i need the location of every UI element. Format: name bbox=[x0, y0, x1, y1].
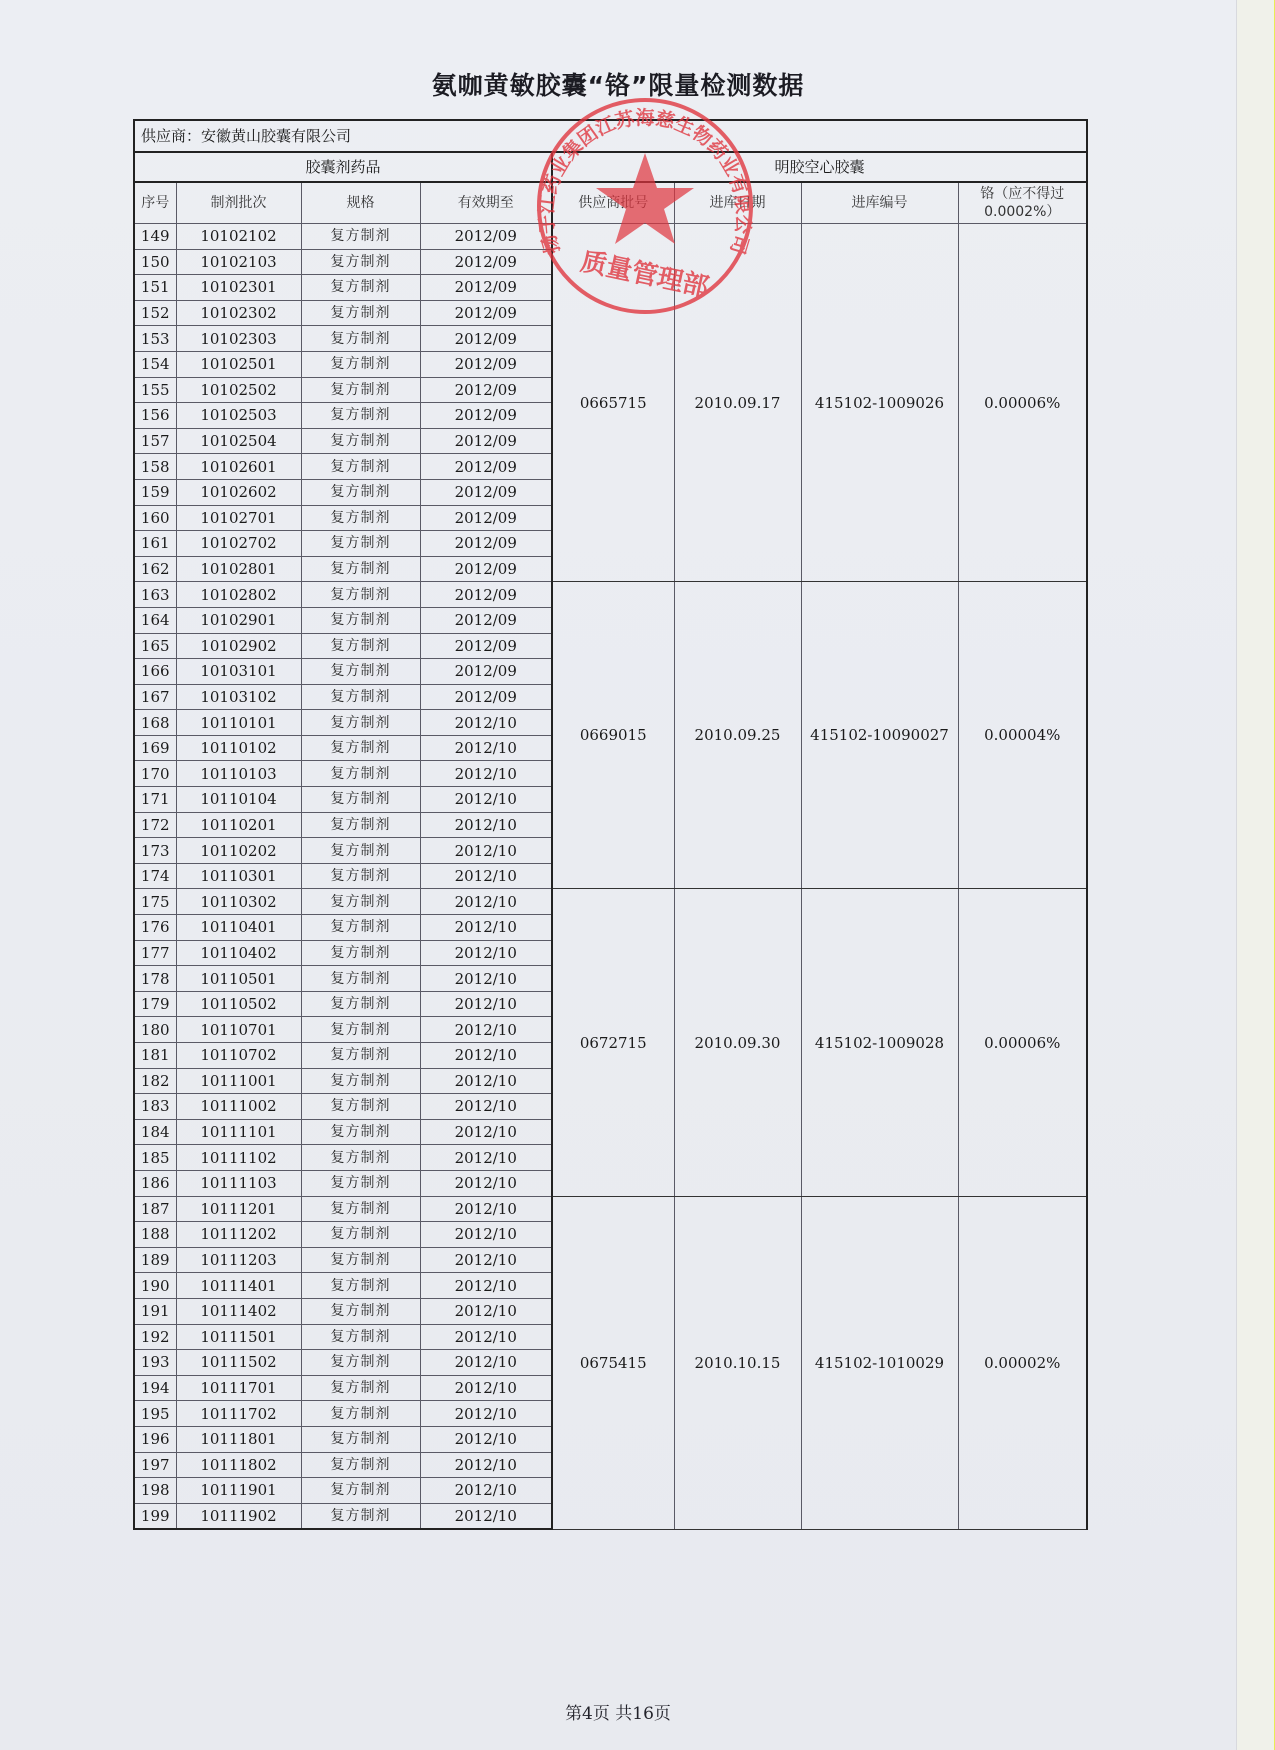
row-expiry: 2012/09 bbox=[420, 505, 552, 531]
row-expiry: 2012/09 bbox=[420, 531, 552, 557]
row-spec: 复方制剂 bbox=[301, 531, 420, 557]
chromium-test-table: 供应商：安徽黄山胶囊有限公司 胶囊剂药品 明胶空心胶囊 序号 制剂批次 规格 有… bbox=[133, 119, 1088, 1530]
row-index: 183 bbox=[134, 1094, 176, 1120]
row-batch: 10102303 bbox=[176, 326, 301, 352]
row-index: 192 bbox=[134, 1324, 176, 1350]
row-batch: 10110103 bbox=[176, 761, 301, 787]
row-expiry: 2012/10 bbox=[420, 838, 552, 864]
row-batch: 10110502 bbox=[176, 991, 301, 1017]
row-index: 171 bbox=[134, 787, 176, 813]
row-expiry: 2012/10 bbox=[420, 1503, 552, 1529]
row-batch: 10102504 bbox=[176, 428, 301, 454]
section-row: 胶囊剂药品 明胶空心胶囊 bbox=[134, 152, 1087, 182]
row-spec: 复方制剂 bbox=[301, 940, 420, 966]
row-batch: 10110101 bbox=[176, 710, 301, 736]
row-index: 177 bbox=[134, 940, 176, 966]
row-expiry: 2012/10 bbox=[420, 710, 552, 736]
row-index: 196 bbox=[134, 1426, 176, 1452]
row-batch: 10111901 bbox=[176, 1478, 301, 1504]
row-batch: 10102902 bbox=[176, 633, 301, 659]
row-spec: 复方制剂 bbox=[301, 351, 420, 377]
header-chromium-line2: 0.0002%） bbox=[959, 203, 1087, 221]
row-spec: 复方制剂 bbox=[301, 505, 420, 531]
row-expiry: 2012/10 bbox=[420, 1119, 552, 1145]
capsule-receipt-no: 415102-1009028 bbox=[801, 889, 958, 1196]
row-batch: 10111202 bbox=[176, 1222, 301, 1248]
row-index: 191 bbox=[134, 1298, 176, 1324]
row-expiry: 2012/09 bbox=[420, 326, 552, 352]
capsule-supplier-batch: 0669015 bbox=[552, 582, 674, 889]
row-batch: 10111702 bbox=[176, 1401, 301, 1427]
row-index: 199 bbox=[134, 1503, 176, 1529]
row-spec: 复方制剂 bbox=[301, 889, 420, 915]
row-batch: 10102901 bbox=[176, 607, 301, 633]
row-spec: 复方制剂 bbox=[301, 991, 420, 1017]
row-index: 176 bbox=[134, 915, 176, 941]
row-expiry: 2012/10 bbox=[420, 1350, 552, 1376]
row-expiry: 2012/09 bbox=[420, 428, 552, 454]
row-expiry: 2012/10 bbox=[420, 1426, 552, 1452]
capsule-supplier-batch: 0665715 bbox=[552, 224, 674, 582]
row-index: 198 bbox=[134, 1478, 176, 1504]
row-index: 159 bbox=[134, 479, 176, 505]
supplier-label: 供应商： bbox=[141, 127, 201, 145]
row-batch: 10111101 bbox=[176, 1119, 301, 1145]
row-index: 194 bbox=[134, 1375, 176, 1401]
row-spec: 复方制剂 bbox=[301, 377, 420, 403]
row-spec: 复方制剂 bbox=[301, 1119, 420, 1145]
capsule-receipt-date: 2010.09.25 bbox=[674, 582, 801, 889]
row-expiry: 2012/10 bbox=[420, 863, 552, 889]
header-batch: 制剂批次 bbox=[176, 182, 301, 224]
row-expiry: 2012/09 bbox=[420, 633, 552, 659]
row-index: 186 bbox=[134, 1170, 176, 1196]
header-supplier-batch: 供应商批号 bbox=[552, 182, 674, 224]
row-expiry: 2012/10 bbox=[420, 1247, 552, 1273]
row-spec: 复方制剂 bbox=[301, 1426, 420, 1452]
row-spec: 复方制剂 bbox=[301, 1094, 420, 1120]
supplier-row: 供应商：安徽黄山胶囊有限公司 bbox=[134, 120, 1087, 152]
row-spec: 复方制剂 bbox=[301, 300, 420, 326]
row-expiry: 2012/10 bbox=[420, 1273, 552, 1299]
row-expiry: 2012/09 bbox=[420, 275, 552, 301]
row-batch: 10102302 bbox=[176, 300, 301, 326]
row-spec: 复方制剂 bbox=[301, 582, 420, 608]
row-spec: 复方制剂 bbox=[301, 607, 420, 633]
row-index: 156 bbox=[134, 403, 176, 429]
row-index: 195 bbox=[134, 1401, 176, 1427]
row-index: 151 bbox=[134, 275, 176, 301]
row-index: 188 bbox=[134, 1222, 176, 1248]
row-index: 184 bbox=[134, 1119, 176, 1145]
row-index: 172 bbox=[134, 812, 176, 838]
row-spec: 复方制剂 bbox=[301, 1145, 420, 1171]
row-index: 189 bbox=[134, 1247, 176, 1273]
header-expiry: 有效期至 bbox=[420, 182, 552, 224]
row-batch: 10110501 bbox=[176, 966, 301, 992]
row-expiry: 2012/10 bbox=[420, 1452, 552, 1478]
row-expiry: 2012/09 bbox=[420, 479, 552, 505]
row-spec: 复方制剂 bbox=[301, 1375, 420, 1401]
row-spec: 复方制剂 bbox=[301, 326, 420, 352]
capsule-chromium-result: 0.00006% bbox=[958, 224, 1087, 582]
row-expiry: 2012/09 bbox=[420, 351, 552, 377]
row-batch: 10102501 bbox=[176, 351, 301, 377]
row-expiry: 2012/09 bbox=[420, 249, 552, 275]
row-index: 187 bbox=[134, 1196, 176, 1222]
row-expiry: 2012/10 bbox=[420, 1043, 552, 1069]
row-expiry: 2012/10 bbox=[420, 915, 552, 941]
row-expiry: 2012/10 bbox=[420, 1068, 552, 1094]
row-spec: 复方制剂 bbox=[301, 735, 420, 761]
row-expiry: 2012/10 bbox=[420, 1145, 552, 1171]
capsule-chromium-result: 0.00004% bbox=[958, 582, 1087, 889]
header-chromium-limit: 铬（应不得过 0.0002%） bbox=[958, 182, 1087, 224]
header-spec: 规格 bbox=[301, 182, 420, 224]
row-index: 165 bbox=[134, 633, 176, 659]
row-expiry: 2012/10 bbox=[420, 735, 552, 761]
row-spec: 复方制剂 bbox=[301, 659, 420, 685]
row-index: 181 bbox=[134, 1043, 176, 1069]
row-index: 173 bbox=[134, 838, 176, 864]
row-batch: 10102701 bbox=[176, 505, 301, 531]
row-batch: 10110402 bbox=[176, 940, 301, 966]
row-spec: 复方制剂 bbox=[301, 1222, 420, 1248]
capsule-receipt-date: 2010.09.30 bbox=[674, 889, 801, 1196]
row-spec: 复方制剂 bbox=[301, 1478, 420, 1504]
row-expiry: 2012/10 bbox=[420, 1324, 552, 1350]
row-batch: 10111802 bbox=[176, 1452, 301, 1478]
header-chromium-line1: 铬（应不得过 bbox=[959, 185, 1087, 203]
supplier-name: 安徽黄山胶囊有限公司 bbox=[201, 127, 351, 145]
section-empty-capsules: 明胶空心胶囊 bbox=[552, 152, 1087, 182]
row-spec: 复方制剂 bbox=[301, 838, 420, 864]
row-spec: 复方制剂 bbox=[301, 966, 420, 992]
row-batch: 10102502 bbox=[176, 377, 301, 403]
row-expiry: 2012/10 bbox=[420, 787, 552, 813]
row-index: 166 bbox=[134, 659, 176, 685]
row-expiry: 2012/09 bbox=[420, 300, 552, 326]
supplier-cell: 供应商：安徽黄山胶囊有限公司 bbox=[134, 120, 1087, 152]
row-expiry: 2012/10 bbox=[420, 761, 552, 787]
row-batch: 10102802 bbox=[176, 582, 301, 608]
capsule-supplier-batch: 0675415 bbox=[552, 1196, 674, 1529]
row-batch: 10111201 bbox=[176, 1196, 301, 1222]
row-index: 149 bbox=[134, 224, 176, 250]
row-batch: 10111002 bbox=[176, 1094, 301, 1120]
row-spec: 复方制剂 bbox=[301, 1401, 420, 1427]
row-expiry: 2012/10 bbox=[420, 1298, 552, 1324]
row-spec: 复方制剂 bbox=[301, 249, 420, 275]
row-batch: 10110102 bbox=[176, 735, 301, 761]
row-expiry: 2012/10 bbox=[420, 1222, 552, 1248]
row-batch: 10111501 bbox=[176, 1324, 301, 1350]
row-spec: 复方制剂 bbox=[301, 915, 420, 941]
row-expiry: 2012/09 bbox=[420, 224, 552, 250]
row-spec: 复方制剂 bbox=[301, 684, 420, 710]
header-receipt-no: 进库编号 bbox=[801, 182, 958, 224]
row-expiry: 2012/10 bbox=[420, 1170, 552, 1196]
row-index: 152 bbox=[134, 300, 176, 326]
row-batch: 10110401 bbox=[176, 915, 301, 941]
row-batch: 10111103 bbox=[176, 1170, 301, 1196]
row-expiry: 2012/09 bbox=[420, 582, 552, 608]
row-batch: 10103101 bbox=[176, 659, 301, 685]
row-expiry: 2012/10 bbox=[420, 966, 552, 992]
row-expiry: 2012/09 bbox=[420, 454, 552, 480]
row-index: 164 bbox=[134, 607, 176, 633]
capsule-receipt-no: 415102-1009026 bbox=[801, 224, 958, 582]
row-index: 150 bbox=[134, 249, 176, 275]
row-batch: 10102301 bbox=[176, 275, 301, 301]
row-batch: 10103102 bbox=[176, 684, 301, 710]
row-batch: 10111102 bbox=[176, 1145, 301, 1171]
table-row: 14910102102复方制剂2012/0906657152010.09.174… bbox=[134, 224, 1087, 250]
row-index: 154 bbox=[134, 351, 176, 377]
row-spec: 复方制剂 bbox=[301, 428, 420, 454]
capsule-chromium-result: 0.00006% bbox=[958, 889, 1087, 1196]
row-batch: 10102702 bbox=[176, 531, 301, 557]
row-index: 158 bbox=[134, 454, 176, 480]
row-index: 193 bbox=[134, 1350, 176, 1376]
row-batch: 10110104 bbox=[176, 787, 301, 813]
row-spec: 复方制剂 bbox=[301, 812, 420, 838]
row-spec: 复方制剂 bbox=[301, 1068, 420, 1094]
row-index: 169 bbox=[134, 735, 176, 761]
row-batch: 10111902 bbox=[176, 1503, 301, 1529]
capsule-chromium-result: 0.00002% bbox=[958, 1196, 1087, 1529]
row-expiry: 2012/10 bbox=[420, 1094, 552, 1120]
row-batch: 10102503 bbox=[176, 403, 301, 429]
row-batch: 10111801 bbox=[176, 1426, 301, 1452]
row-spec: 复方制剂 bbox=[301, 1452, 420, 1478]
row-spec: 复方制剂 bbox=[301, 633, 420, 659]
row-batch: 10102602 bbox=[176, 479, 301, 505]
row-index: 180 bbox=[134, 1017, 176, 1043]
row-expiry: 2012/10 bbox=[420, 1401, 552, 1427]
row-batch: 10102801 bbox=[176, 556, 301, 582]
row-spec: 复方制剂 bbox=[301, 1503, 420, 1529]
row-spec: 复方制剂 bbox=[301, 710, 420, 736]
column-header-row: 序号 制剂批次 规格 有效期至 供应商批号 进库日期 进库编号 铬（应不得过 0… bbox=[134, 182, 1087, 224]
row-expiry: 2012/10 bbox=[420, 889, 552, 915]
row-spec: 复方制剂 bbox=[301, 1350, 420, 1376]
row-expiry: 2012/10 bbox=[420, 1375, 552, 1401]
capsule-receipt-no: 415102-10090027 bbox=[801, 582, 958, 889]
row-batch: 10102103 bbox=[176, 249, 301, 275]
row-batch: 10110702 bbox=[176, 1043, 301, 1069]
row-expiry: 2012/10 bbox=[420, 940, 552, 966]
row-spec: 复方制剂 bbox=[301, 1247, 420, 1273]
row-batch: 10111502 bbox=[176, 1350, 301, 1376]
row-spec: 复方制剂 bbox=[301, 454, 420, 480]
row-batch: 10102601 bbox=[176, 454, 301, 480]
row-expiry: 2012/10 bbox=[420, 1196, 552, 1222]
row-spec: 复方制剂 bbox=[301, 1196, 420, 1222]
row-batch: 10111701 bbox=[176, 1375, 301, 1401]
row-spec: 复方制剂 bbox=[301, 1273, 420, 1299]
row-expiry: 2012/09 bbox=[420, 607, 552, 633]
row-expiry: 2012/09 bbox=[420, 403, 552, 429]
row-index: 179 bbox=[134, 991, 176, 1017]
row-batch: 10110201 bbox=[176, 812, 301, 838]
capsule-receipt-date: 2010.09.17 bbox=[674, 224, 801, 582]
scan-edge bbox=[1236, 0, 1275, 1750]
page-number: 第4页 共16页 bbox=[0, 1699, 1236, 1724]
row-index: 190 bbox=[134, 1273, 176, 1299]
row-expiry: 2012/10 bbox=[420, 1017, 552, 1043]
row-spec: 复方制剂 bbox=[301, 403, 420, 429]
row-spec: 复方制剂 bbox=[301, 275, 420, 301]
row-spec: 复方制剂 bbox=[301, 1043, 420, 1069]
row-spec: 复方制剂 bbox=[301, 1324, 420, 1350]
capsule-receipt-date: 2010.10.15 bbox=[674, 1196, 801, 1529]
row-index: 160 bbox=[134, 505, 176, 531]
row-spec: 复方制剂 bbox=[301, 479, 420, 505]
row-spec: 复方制剂 bbox=[301, 787, 420, 813]
row-batch: 10110302 bbox=[176, 889, 301, 915]
row-spec: 复方制剂 bbox=[301, 1298, 420, 1324]
table-row: 16310102802复方制剂2012/0906690152010.09.254… bbox=[134, 582, 1087, 608]
row-index: 161 bbox=[134, 531, 176, 557]
row-index: 182 bbox=[134, 1068, 176, 1094]
row-spec: 复方制剂 bbox=[301, 761, 420, 787]
table-row: 18710111201复方制剂2012/1006754152010.10.154… bbox=[134, 1196, 1087, 1222]
row-batch: 10111203 bbox=[176, 1247, 301, 1273]
row-index: 153 bbox=[134, 326, 176, 352]
row-spec: 复方制剂 bbox=[301, 863, 420, 889]
row-index: 175 bbox=[134, 889, 176, 915]
row-expiry: 2012/10 bbox=[420, 812, 552, 838]
row-index: 168 bbox=[134, 710, 176, 736]
row-index: 178 bbox=[134, 966, 176, 992]
row-index: 167 bbox=[134, 684, 176, 710]
row-index: 174 bbox=[134, 863, 176, 889]
row-batch: 10111401 bbox=[176, 1273, 301, 1299]
row-batch: 10110202 bbox=[176, 838, 301, 864]
row-expiry: 2012/10 bbox=[420, 991, 552, 1017]
row-index: 170 bbox=[134, 761, 176, 787]
row-index: 163 bbox=[134, 582, 176, 608]
row-spec: 复方制剂 bbox=[301, 1017, 420, 1043]
capsule-receipt-no: 415102-1010029 bbox=[801, 1196, 958, 1529]
row-batch: 10111402 bbox=[176, 1298, 301, 1324]
section-drug-products: 胶囊剂药品 bbox=[134, 152, 552, 182]
table-row: 17510110302复方制剂2012/1006727152010.09.304… bbox=[134, 889, 1087, 915]
row-batch: 10102102 bbox=[176, 224, 301, 250]
row-batch: 10111001 bbox=[176, 1068, 301, 1094]
row-spec: 复方制剂 bbox=[301, 556, 420, 582]
row-expiry: 2012/09 bbox=[420, 684, 552, 710]
row-index: 157 bbox=[134, 428, 176, 454]
row-index: 197 bbox=[134, 1452, 176, 1478]
row-batch: 10110701 bbox=[176, 1017, 301, 1043]
row-expiry: 2012/09 bbox=[420, 377, 552, 403]
row-index: 155 bbox=[134, 377, 176, 403]
row-expiry: 2012/09 bbox=[420, 556, 552, 582]
row-batch: 10110301 bbox=[176, 863, 301, 889]
capsule-supplier-batch: 0672715 bbox=[552, 889, 674, 1196]
row-spec: 复方制剂 bbox=[301, 1170, 420, 1196]
header-receipt-date: 进库日期 bbox=[674, 182, 801, 224]
row-index: 162 bbox=[134, 556, 176, 582]
document-title: 氨咖黄敏胶囊“铬”限量检测数据 bbox=[0, 66, 1236, 102]
row-index: 185 bbox=[134, 1145, 176, 1171]
header-index: 序号 bbox=[134, 182, 176, 224]
row-spec: 复方制剂 bbox=[301, 224, 420, 250]
row-expiry: 2012/09 bbox=[420, 659, 552, 685]
row-expiry: 2012/10 bbox=[420, 1478, 552, 1504]
